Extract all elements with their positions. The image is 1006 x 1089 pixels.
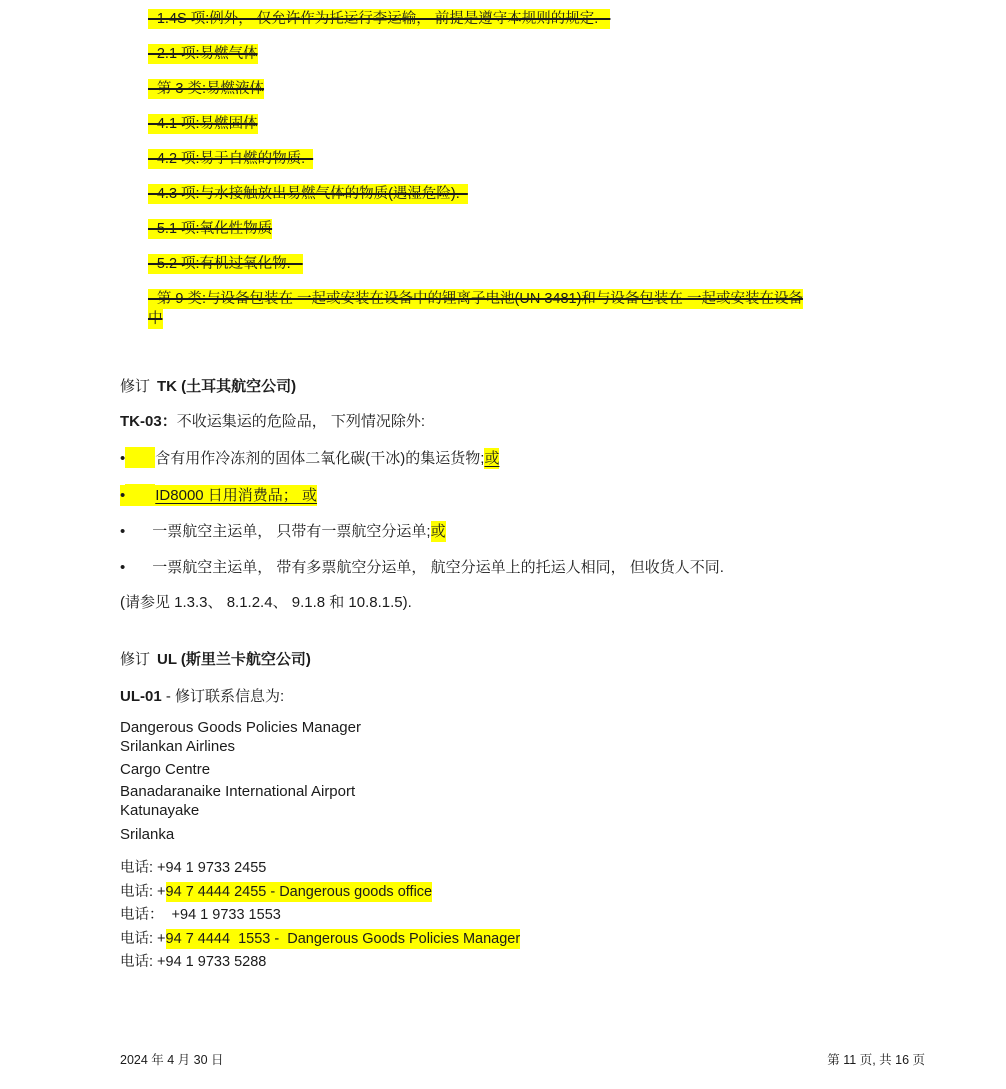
tk-bullet-1-text: 含有用作冷冻剂的固体二氧化碳(干冰)的集运货物; <box>155 450 484 467</box>
struck-item-text: 中 <box>148 309 163 329</box>
tk-bullet-1: •含有用作冷冻剂的固体二氧化碳(干冰)的集运货物;或 <box>120 447 925 469</box>
phone-highlight: 94 7 4444 1553 - Dangerous Goods Policie… <box>166 929 521 949</box>
struck-item-text: · 4.3 项:与水接触放出易燃气体的物质(遇湿危险). <box>148 184 468 204</box>
footer-page-number: 第 11 页, 共 16 页 <box>827 1052 925 1068</box>
document-page: · 1.4S 项:例外， 仅允许作为托运行李运输， 前提是遵守本规则的规定. ·… <box>0 0 1006 1089</box>
struck-item-text: · 5.1 项:氧化性物质 <box>148 219 272 239</box>
phone-label: 电话: <box>120 954 153 970</box>
phone-label: 电话: <box>120 931 153 947</box>
phone-row-4: 电话: +94 7 4444 1553 - Dangerous Goods Po… <box>120 928 925 952</box>
ul-01-intro-text: 修订联系信息为: <box>175 688 284 705</box>
phone-number: +94 1 9733 5288 <box>153 954 266 970</box>
ul-01-separator: - <box>162 688 175 705</box>
tk-section-heading: 修订TK (土耳其航空公司) <box>120 377 925 397</box>
struck-list-item-6: · 4.3 项:与水接触放出易燃气体的物质(遇湿危险). <box>148 184 925 204</box>
struck-item-line-2: 中 <box>148 309 925 329</box>
tk-references-line: (请参见 1.3.3、 8.1.2.4、 9.1.8 和 10.8.1.5). <box>120 593 925 613</box>
tk-bullet-2-highlight: •ID8000 日用消费品； 或 <box>120 485 317 506</box>
tk-03-intro-text: 不收运集运的危险品， 下列情况除外: <box>177 413 425 430</box>
struck-item-text: · 4.2 项:易于自燃的物质. <box>148 149 313 169</box>
contact-address-block: Dangerous Goods Policies Manager Srilank… <box>120 718 925 844</box>
tk-references-text: (请参见 1.3.3、 8.1.2.4、 9.1.8 和 10.8.1.5). <box>120 594 412 611</box>
address-line-5: Katunayake <box>120 801 925 820</box>
struck-list-item-1: · 1.4S 项:例外， 仅允许作为托运行李运输， 前提是遵守本规则的规定. <box>148 9 925 29</box>
phone-number: +94 1 9733 2455 <box>153 860 266 876</box>
bullet-gap <box>125 521 152 540</box>
tk-heading-name: TK (土耳其航空公司) <box>157 378 296 395</box>
struck-list-item-8: · 5.2 项:有机过氧化物. <box>148 254 925 274</box>
bullet-gap <box>125 557 152 576</box>
struck-list-item-3: · 第 3 类:易燃液体 <box>148 79 925 99</box>
tk-03-separator: ： <box>162 413 177 430</box>
struck-item-text: · 2.1 项:易燃气体 <box>148 44 258 64</box>
highlighted-gap <box>125 484 155 505</box>
phone-row-3: 电话： +94 1 9733 1553 <box>120 904 925 928</box>
tk-03-code: TK-03 <box>120 413 162 430</box>
struck-item-text: · 4.1 项:易燃固体 <box>148 114 258 134</box>
address-line-2: Srilankan Airlines <box>120 737 925 756</box>
tk-bullet-3-text: 一票航空主运单， 只带有一票航空分运单; <box>152 523 430 540</box>
phone-number: +94 1 9733 1553 <box>164 907 281 923</box>
ul-01-intro-line: UL-01 - 修订联系信息为: <box>120 687 925 707</box>
struck-list-item-4: · 4.1 项:易燃固体 <box>148 114 925 134</box>
struck-hazard-class-list: · 1.4S 项:例外， 仅允许作为托运行李运输， 前提是遵守本规则的规定. ·… <box>148 0 925 329</box>
phone-row-2: 电话: +94 7 4444 2455 - Dangerous goods of… <box>120 881 925 905</box>
struck-item-text: · 5.2 项:有机过氧化物. <box>148 254 303 274</box>
phone-list: 电话: +94 1 9733 2455 电话: +94 7 4444 2455 … <box>120 857 925 975</box>
struck-item-text: · 1.4S 项:例外， 仅允许作为托运行李运输， 前提是遵守本规则的规定. <box>148 9 610 29</box>
struck-list-item-9: · 第 9 类:与设备包装在 一起或安装在设备中的锂离子电池(UN 3481)和… <box>148 289 925 329</box>
tk-bullet-3-or: 或 <box>431 521 446 542</box>
struck-item-line-1: · 第 9 类:与设备包装在 一起或安装在设备中的锂离子电池(UN 3481)和… <box>148 289 925 309</box>
ul-01-code: UL-01 <box>120 688 162 705</box>
phone-row-1: 电话: +94 1 9733 2455 <box>120 857 925 881</box>
struck-item-text: · 第 9 类:与设备包装在 一起或安装在设备中的锂离子电池(UN 3481)和… <box>148 289 803 309</box>
address-line-1: Dangerous Goods Policies Manager <box>120 718 925 737</box>
phone-label: 电话: <box>120 884 153 900</box>
struck-item-text: · 第 3 类:易燃液体 <box>148 79 264 99</box>
highlighted-gap <box>125 447 155 468</box>
ul-section-heading: 修订UL (斯里兰卡航空公司) <box>120 650 925 670</box>
address-line-3: Cargo Centre <box>120 760 925 779</box>
tk-03-intro-line: TK-03：不收运集运的危险品， 下列情况除外: <box>120 412 925 432</box>
address-line-4: Banadaranaike International Airport <box>120 782 925 801</box>
tk-bullet-4: •一票航空主运单， 带有多票航空分运单， 航空分运单上的托运人相同， 但收货人不… <box>120 557 925 578</box>
phone-number: + <box>153 931 166 947</box>
address-line-6: Srilanka <box>120 825 925 844</box>
ul-heading-prefix: 修订 <box>120 651 150 668</box>
ul-heading-name: UL (斯里兰卡航空公司) <box>157 651 311 668</box>
tk-bullet-1-or: 或 <box>484 448 499 469</box>
phone-number: + <box>153 884 166 900</box>
tk-heading-prefix: 修订 <box>120 378 150 395</box>
struck-list-item-7: · 5.1 项:氧化性物质 <box>148 219 925 239</box>
phone-highlight: 94 7 4444 2455 - Dangerous goods office <box>166 882 433 902</box>
tk-bullet-4-text: 一票航空主运单， 带有多票航空分运单， 航空分运单上的托运人相同， 但收货人不同… <box>152 559 724 576</box>
tk-bullet-2: •ID8000 日用消费品； 或 <box>120 484 925 506</box>
struck-list-item-5: · 4.2 项:易于自燃的物质. <box>148 149 925 169</box>
footer-date: 2024 年 4 月 30 日 <box>120 1052 224 1068</box>
tk-bullet-3: •一票航空主运单， 只带有一票航空分运单;或 <box>120 521 925 542</box>
tk-bullet-2-text: ID8000 日用消费品； 或 <box>155 487 317 504</box>
struck-list-item-2: · 2.1 项:易燃气体 <box>148 44 925 64</box>
page-footer: 2024 年 4 月 30 日 第 11 页, 共 16 页 <box>120 1052 925 1068</box>
phone-row-5: 电话: +94 1 9733 5288 <box>120 951 925 975</box>
phone-label: 电话: <box>120 860 153 876</box>
document-content: · 1.4S 项:例外， 仅允许作为托运行李运输， 前提是遵守本规则的规定. ·… <box>0 0 1006 975</box>
phone-label: 电话： <box>120 907 164 923</box>
